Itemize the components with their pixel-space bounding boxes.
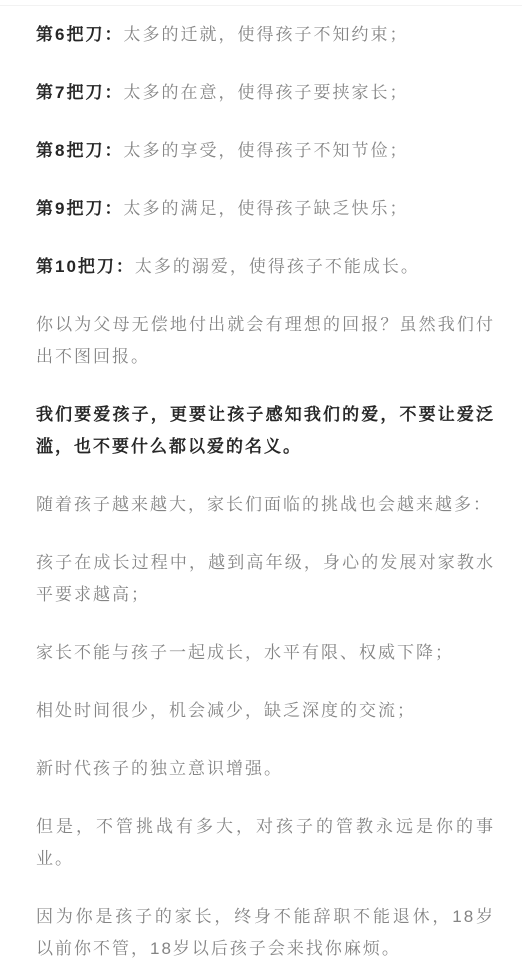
knife-item: 第8把刀：太多的享受，使得孩子不知节俭；: [36, 135, 495, 167]
knife-item-text: 太多的溺爱，使得孩子不能成长。: [135, 257, 420, 276]
knife-item-prefix: 第10把刀：: [36, 257, 135, 276]
knife-item-text: 太多的迁就，使得孩子不知约束；: [123, 25, 408, 44]
knife-item: 第6把刀：太多的迁就，使得孩子不知约束；: [36, 19, 495, 51]
top-divider: [0, 5, 522, 6]
knife-item-prefix: 第9把刀：: [36, 199, 123, 218]
knife-item-prefix: 第8把刀：: [36, 141, 123, 160]
knife-item-prefix: 第7把刀：: [36, 83, 123, 102]
knife-item-text: 太多的在意，使得孩子要挟家长；: [123, 83, 408, 102]
knife-item-prefix: 第6把刀：: [36, 25, 123, 44]
paragraph: 你以为父母无偿地付出就会有理想的回报？虽然我们付出不图回报。: [36, 309, 495, 373]
knife-item: 第7把刀：太多的在意，使得孩子要挟家长；: [36, 77, 495, 109]
paragraph: 因为你是孩子的家长，终身不能辞职不能退休，18岁以前你不管，18岁以后孩子会来找…: [36, 901, 495, 960]
paragraph: 孩子在成长过程中，越到高年级，身心的发展对家教水平要求越高；: [36, 547, 495, 611]
paragraph: 但是，不管挑战有多大，对孩子的管教永远是你的事业。: [36, 811, 495, 875]
knife-item: 第9把刀：太多的满足，使得孩子缺乏快乐；: [36, 193, 495, 225]
article-page: 第6把刀：太多的迁就，使得孩子不知约束；第7把刀：太多的在意，使得孩子要挟家长；…: [0, 0, 522, 960]
paragraph: 新时代孩子的独立意识增强。: [36, 753, 495, 785]
emphasis-paragraph: 我们要爱孩子，更要让孩子感知我们的爱，不要让爱泛滥，也不要什么都以爱的名义。: [36, 399, 495, 463]
paragraph: 家长不能与孩子一起成长，水平有限、权威下降；: [36, 637, 495, 669]
knife-item-text: 太多的享受，使得孩子不知节俭；: [123, 141, 408, 160]
paragraph: 相处时间很少，机会减少，缺乏深度的交流；: [36, 695, 495, 727]
article-body: 第6把刀：太多的迁就，使得孩子不知约束；第7把刀：太多的在意，使得孩子要挟家长；…: [0, 0, 522, 960]
paragraph: 随着孩子越来越大，家长们面临的挑战也会越来越多：: [36, 489, 495, 521]
knife-item-text: 太多的满足，使得孩子缺乏快乐；: [123, 199, 408, 218]
knife-item: 第10把刀：太多的溺爱，使得孩子不能成长。: [36, 251, 495, 283]
